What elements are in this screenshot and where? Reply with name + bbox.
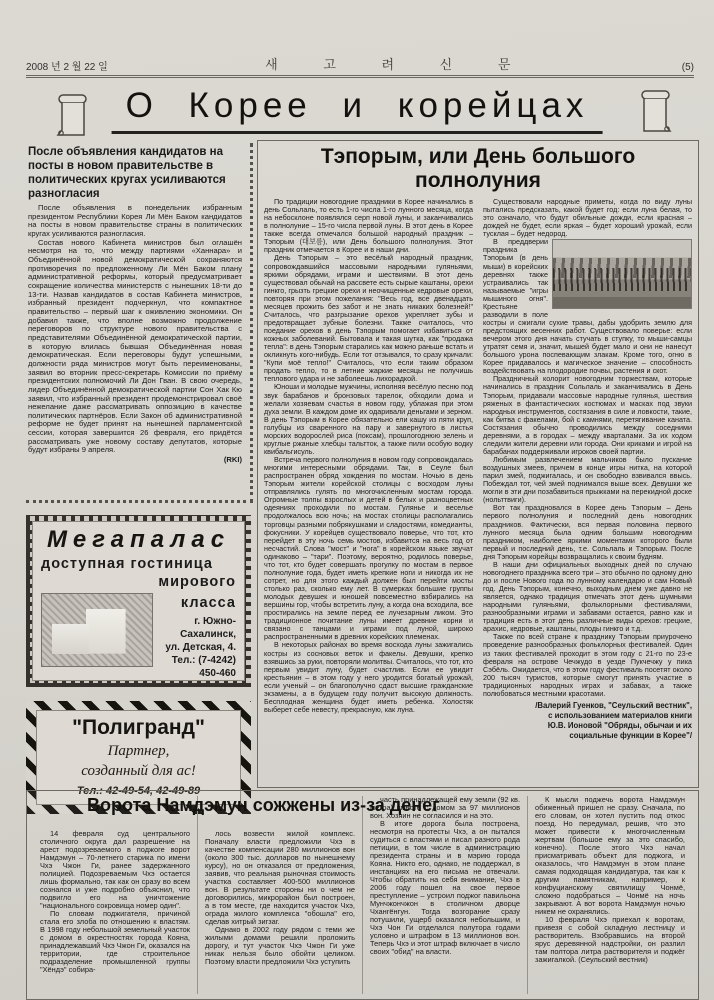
date-label: 2008 년 2 월 22 일 [26,58,108,73]
article-byline: /Валерий Гуенков, "Сеульский вестник",с … [483,701,692,742]
scroll-icon [638,88,674,134]
paragraph: К мысли поджечь ворота Намдэмун обиженны… [535,796,685,916]
article-column-right: Существовали народные приметы, когда по … [483,198,692,800]
paragraph: 14 февраля суд центрального столичного о… [40,830,190,910]
paragraph: лось возвести жилой комплекс. Поначалу в… [205,830,355,926]
paragraph: День Тэпорым – это весёлый народный праз… [264,254,473,383]
article-headline: Ворота Намдэмун сожжены из-за денег [87,795,440,816]
article-headline: Тэпорым, или День большого полнолуния [264,145,692,193]
article-column-1: 14 февраля суд центрального столичного о… [33,796,197,994]
ad-address: г. Южно-Сахалинск,ул. Детская, 4.Тел.: (… [165,611,236,680]
paragraph: Праздничный колорит новогодним торжества… [483,375,692,456]
paragraph: После объявления в понедельник избранным… [28,204,242,239]
section-title: О Корее и корейцах [112,86,603,134]
ad-megapalas: Мегапалас доступная гостиница мирового к… [26,515,251,687]
article-namdaemun: Ворота Намдэмун сожжены из-за денег 14 ф… [26,790,699,1000]
ad-title: "Полигранд" [41,716,236,740]
hotel-building-photo [41,593,153,667]
ad-subtitle: доступная гостиница [41,556,236,572]
ad-slogan: Партнер, [41,743,236,760]
paragraph: В наши дни официальных выходных дней по … [483,561,692,634]
article-column-3: часть принадлежащей ему земли (92 кв. ме… [362,796,527,994]
paragraph: По словам поджигателя, причиной стала ег… [40,910,190,974]
ad-subtitle: мирового [41,574,236,590]
paragraph: По традиции новогодние праздники в Корее… [264,198,473,254]
text-line: 450-460 [165,667,236,680]
paragraph: Юноши и молодые мужчины, исполняя весёлу… [264,383,473,456]
paragraph: Также по всей стране к празднику Тэпорым… [483,633,692,698]
page-number: (5) [682,62,694,73]
text-line: Тел.: (7-4242) [165,654,236,667]
text-line: /Валерий Гуенков, "Сеульский вестник", [483,701,692,711]
folk-festival-crowd-photo [552,239,692,309]
paragraph: 10 февраля Чхэ приехал к воротам, привез… [535,916,685,964]
paragraph: Встреча первого полнолуния в новом году … [264,456,473,641]
ad-megapalas-content: Мегапалас доступная гостиница мирового к… [32,521,245,681]
text-line: с использованием материалов книги [483,711,692,721]
ad-title: Мегапалас [41,526,236,554]
article-body: После объявления в понедельник избранным… [28,204,242,455]
paragraph: Вот так праздновался в Корее день Тэпоры… [483,504,692,560]
ad-subtitle: класса [165,595,236,611]
article-government-candidates: После объявления кандидатов на посты в н… [26,143,253,503]
paragraph: Состав нового Кабинета министров был огл… [28,239,242,455]
paragraph: В итоге дорога была построена, несмотря … [370,820,520,956]
newspaper-page: 2008 년 2 월 22 일 새 고 려 신 문 (5) О Корее и … [0,0,714,1000]
paragraph: Однако в 2002 году рядом с теми же жилым… [205,926,355,966]
paragraph: Существовали народные приметы, когда по … [483,198,692,238]
article-headline: После объявления кандидатов на посты в н… [28,145,242,201]
article-column-2: лось возвести жилой комплекс. Поначалу в… [197,796,362,994]
text-line: Сахалинск, [165,628,236,641]
paragraph: В некоторых районах во время восхода лун… [264,641,473,714]
article-column-left: По традиции новогодние праздники в Корее… [264,198,473,800]
section-title-row: О Корее и корейцах [0,86,714,142]
text-line: ул. Детская, 4. [165,641,236,654]
article-column-4: К мысли поджечь ворота Намдэмун обиженны… [527,796,692,994]
left-column: После объявления кандидатов на посты в н… [26,143,253,814]
text-line: социальные функции в Корее"/ [483,731,692,741]
masthead-korean: 새 고 려 신 문 [265,54,524,73]
article-signature: (RKI) [28,455,242,464]
page-header: 2008 년 2 월 22 일 새 고 려 신 문 (5) [26,56,694,78]
text-line: Ю.В. Ионовой "Обряды, обычаи и их [483,721,692,731]
text-line: г. Южно- [165,615,236,628]
ad-slogan: созданный для ас! [41,763,236,780]
scroll-icon [54,92,90,138]
article-taeborym: Тэпорым, или День большого полнолуния По… [257,140,699,788]
paragraph: Любимым развлечением мальчиков было пуск… [483,456,692,504]
